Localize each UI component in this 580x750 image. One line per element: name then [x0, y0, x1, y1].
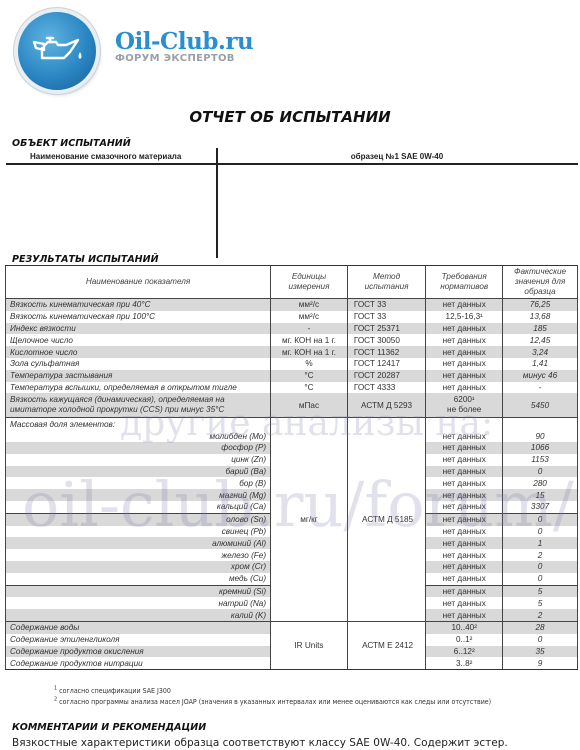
- requirement: нет данных: [426, 489, 503, 501]
- unit: -: [271, 323, 348, 335]
- method: АСТМ Д 5185: [347, 418, 425, 622]
- unit: °С: [271, 370, 348, 382]
- results-section-title: РЕЗУЛЬТАТЫ ИСПЫТАНИЙ: [12, 254, 159, 265]
- indicator-name: Вязкость кинематическая при 100°С: [6, 311, 271, 323]
- actual-value: 12,45: [503, 334, 578, 346]
- actual-value: 0: [503, 466, 578, 478]
- requirement: нет данных: [426, 477, 503, 489]
- actual-value: 2: [503, 609, 578, 621]
- requirement: 6..12²: [426, 646, 503, 658]
- requirement: нет данных: [426, 585, 503, 597]
- method: АСТМ Е 2412: [347, 621, 425, 669]
- element-name: олово (Sn): [6, 513, 271, 525]
- method: ГОСТ 30050: [347, 334, 425, 346]
- requirement: нет данных: [426, 537, 503, 549]
- requirement: нет данных: [426, 466, 503, 478]
- actual-value: 1066: [503, 442, 578, 454]
- actual-value: 0: [503, 561, 578, 573]
- method: ГОСТ 20287: [347, 370, 425, 382]
- actual-value: 90: [503, 430, 578, 442]
- indicator-name: Вязкость кинематическая при 40°С: [6, 299, 271, 311]
- requirement: нет данных: [426, 597, 503, 609]
- requirement: 12,5-16,3¹: [426, 311, 503, 323]
- table-row: Вязкость кажущаяся (динамическая), опред…: [6, 393, 578, 418]
- element-name: натрий (Na): [6, 597, 271, 609]
- comments-text: Вязкостные характеристики образца соотве…: [12, 737, 508, 749]
- unit: мг/кг: [271, 418, 348, 622]
- method: АСТМ Д 5293: [347, 393, 425, 418]
- requirement: 6200¹не более: [426, 393, 503, 418]
- element-name: бор (B): [6, 477, 271, 489]
- table-row: Массовая доля элементов:мг/кгАСТМ Д 5185: [6, 418, 578, 430]
- element-name: хром (Cr): [6, 561, 271, 573]
- method: ГОСТ 11362: [347, 346, 425, 358]
- elements-heading: Массовая доля элементов:: [6, 418, 271, 430]
- actual-value: [503, 418, 578, 430]
- requirement: нет данных: [426, 358, 503, 370]
- actual-value: 1,41: [503, 358, 578, 370]
- actual-value: 3,24: [503, 346, 578, 358]
- unit: IR Units: [271, 621, 348, 669]
- actual-value: 3307: [503, 501, 578, 513]
- indicator-name: Содержание продуктов нитрации: [6, 657, 271, 669]
- element-name: фосфор (P): [6, 442, 271, 454]
- table-row: Температура вспышки, определяемая в откр…: [6, 382, 578, 394]
- column-header: Единицы измерения: [271, 266, 348, 299]
- element-name: железо (Fe): [6, 549, 271, 561]
- table-row: Вязкость кинематическая при 40°Смм²/сГОС…: [6, 299, 578, 311]
- requirement: нет данных: [426, 430, 503, 442]
- method: ГОСТ 33: [347, 311, 425, 323]
- divider: [216, 148, 218, 258]
- element-name: медь (Cu): [6, 573, 271, 585]
- requirement: нет данных: [426, 573, 503, 585]
- requirement: нет данных: [426, 323, 503, 335]
- actual-value: 0: [503, 526, 578, 538]
- column-header: Фактические значения для образца: [503, 266, 578, 299]
- requirement: нет данных: [426, 454, 503, 466]
- actual-value: -: [503, 382, 578, 394]
- indicator-name: Зола сульфатная: [6, 358, 271, 370]
- requirement: нет данных: [426, 346, 503, 358]
- unit: мм²/с: [271, 311, 348, 323]
- element-name: магний (Mg): [6, 489, 271, 501]
- element-name: калий (K): [6, 609, 271, 621]
- requirement: нет данных: [426, 442, 503, 454]
- element-name: барий (Ba): [6, 466, 271, 478]
- brand-tagline: ФОРУМ ЭКСПЕРТОВ: [115, 53, 235, 64]
- requirement: нет данных: [426, 501, 503, 513]
- unit: мг. КОН на 1 г.: [271, 346, 348, 358]
- results-table: Наименование показателя Единицы измерени…: [5, 265, 578, 670]
- table-row: Щелочное числомг. КОН на 1 г.ГОСТ 30050н…: [6, 334, 578, 346]
- requirement: [426, 418, 503, 430]
- indicator-name: Содержание продуктов окисления: [6, 646, 271, 658]
- unit: °С: [271, 382, 348, 394]
- indicator-name: Кислотное число: [6, 346, 271, 358]
- table-row: Зола сульфатная%ГОСТ 12417нет данных1,41: [6, 358, 578, 370]
- logo-badge: [18, 12, 96, 90]
- actual-value: 5: [503, 597, 578, 609]
- actual-value: 0: [503, 513, 578, 525]
- indicator-name: Щелочное число: [6, 334, 271, 346]
- requirement: нет данных: [426, 513, 503, 525]
- actual-value: 35: [503, 646, 578, 658]
- object-section-title: ОБЪЕКТ ИСПЫТАНИЙ: [12, 138, 131, 149]
- footnote-1: 1 согласно спецификации SAE J300: [54, 687, 171, 695]
- table-row: Кислотное числомг. КОН на 1 г.ГОСТ 11362…: [6, 346, 578, 358]
- results-body: Вязкость кинематическая при 40°Смм²/сГОС…: [6, 299, 578, 670]
- actual-value: 9: [503, 657, 578, 669]
- divider: [6, 163, 578, 165]
- requirement: нет данных: [426, 609, 503, 621]
- footnote-2: 2 согласно программы анализа масел JOAP …: [54, 698, 491, 706]
- table-row: Температура застывания°СГОСТ 20287нет да…: [6, 370, 578, 382]
- comments-section-title: КОММЕНТАРИИ И РЕКОМЕНДАЦИИ: [12, 722, 206, 733]
- requirement: нет данных: [426, 370, 503, 382]
- actual-value: 0: [503, 573, 578, 585]
- requirement: нет данных: [426, 382, 503, 394]
- element-name: свинец (Pb): [6, 526, 271, 538]
- material-name-label: Наименование смазочного материала: [30, 152, 181, 161]
- element-name: молибден (Mo): [6, 430, 271, 442]
- table-row: Вязкость кинематическая при 100°Смм²/сГО…: [6, 311, 578, 323]
- column-header: Метод испытания: [347, 266, 425, 299]
- actual-value: 13,68: [503, 311, 578, 323]
- actual-value: 5450: [503, 393, 578, 418]
- table-row: Содержание водыIR UnitsАСТМ Е 241210..40…: [6, 621, 578, 633]
- element-name: кальций (Ca): [6, 501, 271, 513]
- method: ГОСТ 4333: [347, 382, 425, 394]
- actual-value: 1: [503, 537, 578, 549]
- method: ГОСТ 25371: [347, 323, 425, 335]
- actual-value: 15: [503, 489, 578, 501]
- actual-value: 76,25: [503, 299, 578, 311]
- unit: мм²/с: [271, 299, 348, 311]
- element-name: кремний (Si): [6, 585, 271, 597]
- table-row: Индекс вязкости-ГОСТ 25371нет данных185: [6, 323, 578, 335]
- requirement: нет данных: [426, 561, 503, 573]
- requirement: нет данных: [426, 334, 503, 346]
- requirement: нет данных: [426, 299, 503, 311]
- requirement: 10..40²: [426, 621, 503, 633]
- indicator-name: Содержание этиленгликоля: [6, 634, 271, 646]
- requirement: 3..8²: [426, 657, 503, 669]
- indicator-name: Температура застывания: [6, 370, 271, 382]
- method: ГОСТ 12417: [347, 358, 425, 370]
- actual-value: 2: [503, 549, 578, 561]
- material-name-value: образец №1 SAE 0W-40: [217, 152, 577, 161]
- table-header-row: Наименование показателя Единицы измерени…: [6, 266, 578, 299]
- requirement: 0..1²: [426, 634, 503, 646]
- oil-can-icon: [30, 34, 86, 68]
- requirement: нет данных: [426, 526, 503, 538]
- column-header: Наименование показателя: [6, 266, 271, 299]
- indicator-name: Индекс вязкости: [6, 323, 271, 335]
- unit: мПас: [271, 393, 348, 418]
- column-header: Требования нормативов: [426, 266, 503, 299]
- actual-value: минус 46: [503, 370, 578, 382]
- report-title: ОТЧЕТ ОБ ИСПЫТАНИИ: [0, 108, 580, 126]
- actual-value: 28: [503, 621, 578, 633]
- actual-value: 185: [503, 323, 578, 335]
- actual-value: 1153: [503, 454, 578, 466]
- actual-value: 5: [503, 585, 578, 597]
- indicator-name: Температура вспышки, определяемая в откр…: [6, 382, 271, 394]
- requirement: нет данных: [426, 549, 503, 561]
- unit: %: [271, 358, 348, 370]
- element-name: цинк (Zn): [6, 454, 271, 466]
- actual-value: 0: [503, 634, 578, 646]
- method: ГОСТ 33: [347, 299, 425, 311]
- element-name: алюминий (Al): [6, 537, 271, 549]
- indicator-name: Вязкость кажущаяся (динамическая), опред…: [6, 393, 271, 418]
- brand-name: Oil-Club.ru: [115, 28, 253, 55]
- indicator-name: Содержание воды: [6, 621, 271, 633]
- unit: мг. КОН на 1 г.: [271, 334, 348, 346]
- actual-value: 280: [503, 477, 578, 489]
